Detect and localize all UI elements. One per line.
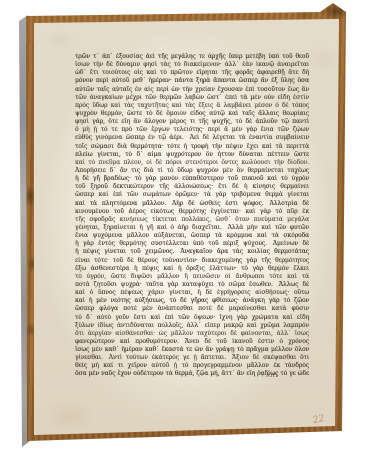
text-line: φανερώτερον καὶ προθυμότερον. Ἄνευ δὲ το…	[75, 338, 309, 346]
quire-signature: ΑΙΙΙ	[266, 373, 278, 379]
text-line: ἡ γὰρ ἐντὸς θερμότης συστέλλεται ὑπὸ τοῦ…	[75, 240, 309, 248]
text-line: εὐθὺς γινόμενα ὥσπερ ἐν τῷ ἀέρι. Ἀεὶ δὲ …	[75, 134, 309, 142]
text-line: καὶ ὁ ὕπνος πέψεως χάριν γίνεται, ἡ δὲ ἐ…	[75, 289, 309, 297]
text-line: Ἀπορήσειε δ᾽ ἄν τις διὰ τί τὸ ὕδωρ ψυχρὸ…	[75, 167, 309, 175]
text-line: τὸ δ᾽ αὐτὸ γοῦν ἔστι καὶ ἐπὶ τῶν ὄψεων· …	[75, 314, 309, 322]
text-line: ὅτι ἀεργίαν αἰσθάνεσθαι· ὡς μᾶλλον ταχύτ…	[75, 330, 309, 338]
text-line: ὧδ᾽ ἔτι τοιούτοις οἷς καὶ τὸ πρῶτον εἴρη…	[75, 69, 309, 77]
text-line: ἴσων τὴν δὲ δύναμιν φησὶ τὰς τὸ διακείμε…	[75, 61, 309, 69]
text-line: φησὶ γάρ, ὅτε εἴη ἂν ἄλογον μέρος τι τῆς…	[75, 118, 309, 126]
text-line: ἡ πέψις γίνεται τοῦ χειμῶνος. Ἀναγκαῖον …	[75, 248, 309, 256]
text-line: μόνον περὶ αὐτοῦ μεθ᾽ ἡμέραν· πάντα ξηρὰ…	[75, 77, 309, 85]
text-line: ἔξω ἀσθενεστέρα ἡ πέψις καὶ ἡ ὄρεξις ἐλά…	[75, 265, 309, 273]
text-line: τοῖς σώμασι διὰ θερμότητα· τότε ἡ τροφὴ …	[75, 143, 309, 151]
text-line: ἴσως μὲν καθ᾽ ἡμέραν καθ᾽ ἕκαστά τε ὧν ἂ…	[75, 346, 309, 354]
text-line: καὶ ἡ μὲν νεότης αὐξήσεως, τὸ δὲ γῆρας φ…	[75, 297, 309, 305]
text-line: τοῦ ξηροῦ δεκτικώτερον τῆς ἀλλοιώσεως· ἔ…	[75, 183, 309, 191]
text-line: πλείω γίνεται, τὸ δ᾽ αἷμα ψυχρότερον ὂν …	[75, 151, 309, 159]
text-line: τῶν ἀναγκαίων μέχρι τῶν θερμῶν λαβὼν ὥστ…	[75, 94, 309, 102]
text-line: ἔνια ψυχόμενα μᾶλλον αὐξάνεται, ὥσπερ τὰ…	[75, 232, 309, 240]
text-line: ξύλων ἰδίως ἀντιδύναται πολλοῖς, ἀλλ᾽ εἴ…	[75, 322, 309, 330]
text-line: τῆς σφοδρᾶς κινήσεως τίκτεται πολλάκις, …	[75, 216, 309, 224]
greek-text-block: τρῶν τ᾽ ἀπ᾽ ἐξουσίας ἀεὶ τῆς μεγάλης τε …	[75, 53, 309, 381]
text-line: τρῶν τ᾽ ἀπ᾽ ἐξουσίας ἀεὶ τῆς μεγάλης τε …	[75, 53, 309, 61]
text-line: θεὶς μὴ καί τι χεῖρον αὐτοῦ ᾖ τὸ προγεγρ…	[75, 362, 309, 370]
text-line: ἡ δὲ γῆ βραδέως· τὸ γὰρ μανὸν εὐπαθέστερ…	[75, 175, 309, 183]
text-line: ὃ μὴ ᾖ τό τε πρὸ τῶν ἔργων τελειότης· πε…	[75, 126, 309, 134]
text-line: κινουμένου τοῦ ἀέρος εἰκότως θερμότης ἐγ…	[75, 208, 309, 216]
text-line: γένηται, ξηραίνεται ἡ γῆ καὶ ὁ ἀὴρ διαχε…	[75, 224, 309, 232]
text-line: τὸ ὑγρόν, ὥστε διψῶσι μᾶλλον ἢ πεινῶσιν …	[75, 273, 309, 281]
text-line: καὶ τὰ πληττόμενα μᾶλλον. Ἀὴρ δὲ ὠσθείς …	[75, 200, 309, 208]
text-line: ὥσπερ φλόγα ποτὲ μὲν ἀνάπτεσθαι ποτὲ δὲ …	[75, 305, 309, 313]
text-line: γίνεσθαι. Ἀντὶ τούτων ἑκάτερός γε ᾖ ἅπτε…	[75, 354, 309, 362]
text-line: ὥσπερ καὶ ἐπὶ τῶν σωμάτων ὁρῶμεν· τὰ γὰρ…	[75, 191, 309, 199]
text-line: πρὸς ὕδωρ καὶ τὰς ταχυτῆτας καὶ τὰς ἕξει…	[75, 102, 309, 110]
text-line: ψυχρὸν θερμόν, ὥστε τὸ δὲ ὅμοιον εἶδος α…	[75, 110, 309, 118]
photographed-incunable-leaf: τρῶν τ᾽ ἀπ᾽ ἐξουσίας ἀεὶ τῆς μεγάλης τε …	[0, 0, 370, 463]
text-line: εἶναι τότε· τοῦ δὲ θέρους τοὐναντίον· δι…	[75, 257, 309, 265]
text-line: αὐτῶν ταῖς αὐταῖς ἐν αἷς περὶ ὧν τὴν χρε…	[75, 86, 309, 94]
text-line: καὶ τὸ πνεῦμα πλέον, οἱ δὲ πόροι στενότε…	[75, 159, 309, 167]
text-line: ποτὰ ζητοῦσι ψυχρά· ταῦτα γὰρ καταψύχει …	[75, 281, 309, 289]
